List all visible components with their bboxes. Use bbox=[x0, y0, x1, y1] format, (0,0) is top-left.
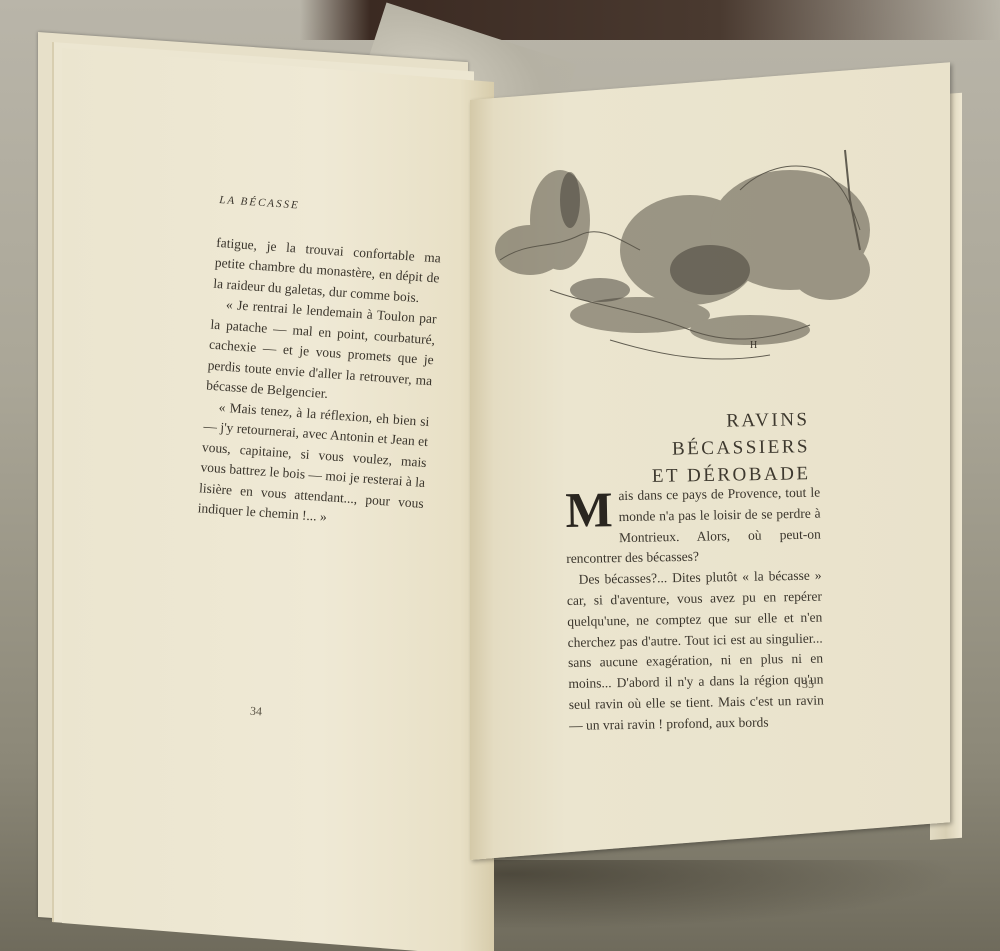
ravine-illustration: H bbox=[490, 140, 880, 375]
paragraph: « Je rentrai le lendemain à Toulon par l… bbox=[206, 294, 438, 412]
svg-text:H: H bbox=[750, 340, 757, 351]
paragraph: « Mais tenez, à la réflexion, eh bien si… bbox=[197, 396, 430, 534]
left-page-text: LA BÉCASSE fatigue, je la trouvai confor… bbox=[197, 190, 444, 534]
right-page-text: Mais dans ce pays de Provence, tout le m… bbox=[565, 483, 824, 737]
paragraph: Mais dans ce pays de Provence, tout le m… bbox=[565, 483, 821, 571]
page-number-right: 35 bbox=[802, 677, 814, 692]
drop-cap: M bbox=[565, 489, 613, 530]
paragraph: Des bécasses?... Dites plutôt « la bécas… bbox=[566, 566, 824, 737]
chapter-title-line-1: RAVINS BÉCASSIERS bbox=[599, 406, 810, 464]
chapter-title: RAVINS BÉCASSIERS ET DÉROBADE bbox=[599, 406, 810, 491]
page-number-left: 34 bbox=[249, 704, 262, 720]
